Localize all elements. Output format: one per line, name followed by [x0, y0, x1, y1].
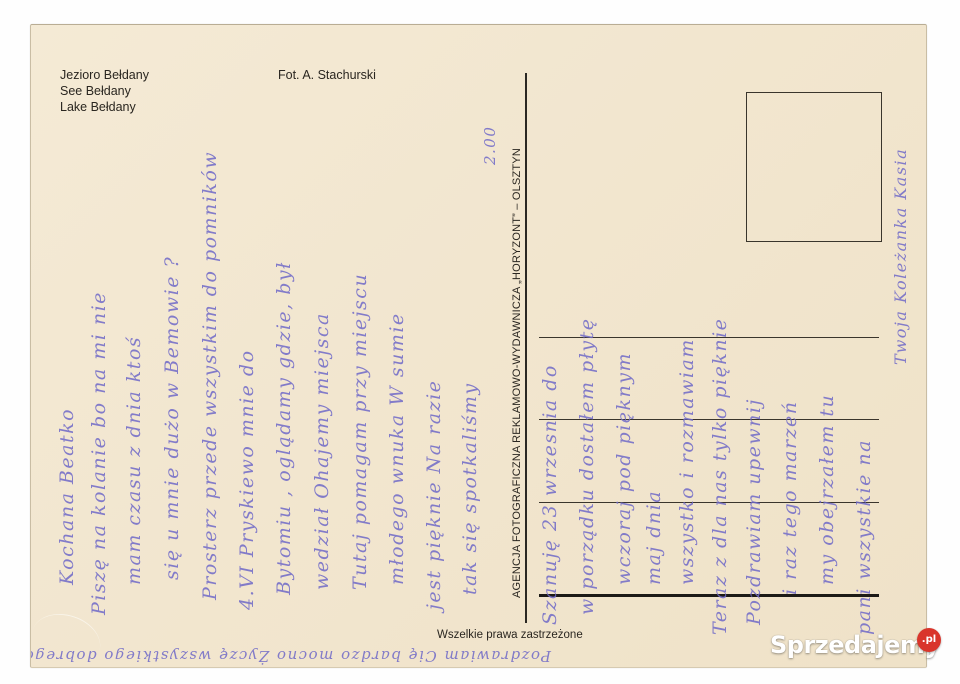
- copyright-notice: Wszelkie prawa zastrzeżone: [437, 627, 583, 643]
- caption-german: See Bełdany: [60, 83, 149, 99]
- handwriting-line: w porządku dostałem płytę: [576, 318, 598, 616]
- caption-english: Lake Bełdany: [60, 99, 149, 115]
- publisher-imprint: AGENCJA FOTOGRAFICZNA REKLAMOWO-WYDAWNIC…: [511, 68, 523, 598]
- watermark-logo: Sprzedajemy: [770, 631, 940, 659]
- handwriting-line: Pozdrawiam upewnij: [743, 398, 765, 625]
- handwriting-line: młodego wnuka W sumie: [386, 312, 408, 585]
- handwriting-line: wczoraj pod pięknym: [613, 352, 635, 585]
- postcard-back: Jezioro Bełdany See Bełdany Lake Bełdany…: [30, 24, 927, 668]
- handwriting-line: Szanuję 23 wrzesnia do: [539, 364, 561, 625]
- handwriting-line: mam czasu z dnia ktoś: [123, 336, 145, 585]
- handwriting-line: się u mnie dużo w Bemowie ?: [161, 256, 183, 580]
- stamp-box: [746, 92, 882, 242]
- handwriting-line: Kochana Beatko: [56, 408, 78, 585]
- caption-polish: Jezioro Bełdany: [60, 67, 149, 83]
- handwriting-line: my obejrzałem tu: [816, 394, 838, 585]
- watermark-badge: .pl: [917, 628, 941, 652]
- price-note: 2.00: [481, 126, 499, 165]
- handwriting-line: wszystko i rozmawiam: [676, 338, 698, 585]
- handwriting-line: wedział Ohajemy miejsca: [311, 312, 333, 590]
- handwriting-line: pani wszystkie na: [853, 439, 875, 635]
- handwriting-line: Bytomiu , oglądamy gdzie, był: [273, 261, 295, 595]
- handwriting-line: Piszę na kolanie bo na mi nie: [88, 291, 110, 615]
- handwriting-line: jest pięknie Na razie: [423, 380, 445, 610]
- handwriting-line: maj dnia: [643, 490, 665, 585]
- handwriting-line: i raz tego marzeń: [779, 400, 801, 595]
- center-divider: [525, 73, 527, 623]
- handwriting-signature: Twoja Koleżanka Kasia: [891, 148, 910, 365]
- photo: Jezioro Bełdany See Bełdany Lake Bełdany…: [0, 0, 960, 684]
- handwriting-line: Tutaj pomagam przy miejscu: [349, 273, 371, 590]
- caption-block: Jezioro Bełdany See Bełdany Lake Bełdany: [60, 67, 149, 115]
- handwriting-line: tak się spotkaliśmy: [459, 382, 481, 595]
- handwriting-line: Prosterz przede wszystkim do pomników: [199, 151, 221, 600]
- handwriting-bottom: Pozdrawiam Cię bardzo mocno Życzę wszyst…: [30, 647, 551, 665]
- photographer-credit: Fot. A. Stachurski: [278, 67, 376, 83]
- handwriting-line: 4.VI Pryskiewo mnie do: [236, 349, 258, 610]
- handwriting-line: Teraz z dla nas tylko pięknie: [709, 318, 731, 635]
